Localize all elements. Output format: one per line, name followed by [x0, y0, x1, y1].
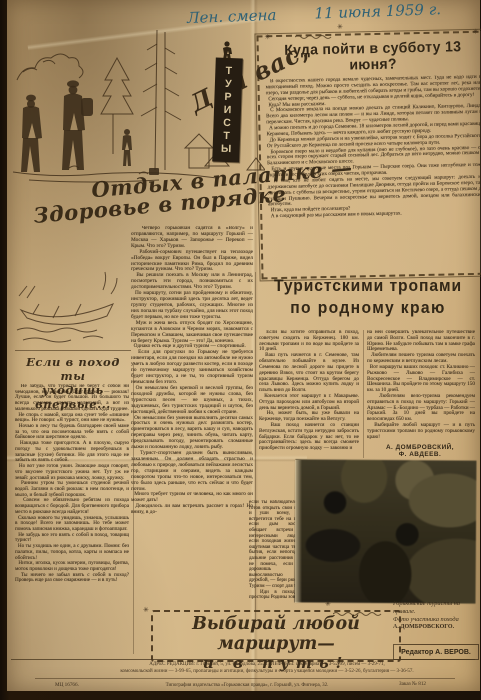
column-rule [363, 330, 364, 458]
photo-caption-line2: Фото участника похода [393, 616, 477, 624]
first-time-title-line1: Если в поход ты [15, 355, 131, 383]
star-ornament: ✳ [337, 23, 343, 31]
boat-shore-drawing-icon [13, 260, 127, 348]
trails-title-line2: по родному краю [268, 298, 469, 318]
newspaper-scan: Лен. смена 11 июня 1959 г. ✳ ✳ ✳ Куда по… [0, 0, 481, 700]
newspaper-page: Лен. смена 11 июня 1959 г. ✳ ✳ ✳ Куда по… [7, 0, 480, 691]
tourists-banner-text: ТУРИСТЫ [220, 64, 235, 155]
imprint-address-line1: АДРЕС РЕДАКЦИИ: г. Горький, 5, ул. Сверд… [99, 662, 435, 667]
tourists-banner: ТУРИСТЫ [212, 58, 243, 163]
imprint-order: Заказ № 812 [399, 681, 426, 687]
star-ornament: ✳ [143, 606, 149, 614]
trails-col1: Если вы хотите отправиться в поход, сове… [259, 330, 359, 468]
trails-signature-line1: А. ДОМБРОВСКИЙ, [365, 444, 475, 451]
slogan-banner-box: Выбирай любой маршрут— и в путь! [151, 610, 401, 662]
column-rule [255, 272, 256, 620]
trails-title-line1: Туристскими тропами [268, 276, 469, 296]
photo-caption: Горьковские туристы на привале. Фото уча… [393, 600, 477, 631]
imprint-rule-top [11, 659, 475, 660]
figure-on-banner [218, 40, 236, 65]
editor-box: Редактор А. ВЕРОВ. [393, 644, 479, 660]
editor-name: Редактор А. ВЕРОВ. [401, 649, 471, 656]
star-ornament: ✳ [472, 28, 478, 36]
imprint-address-line2: комсомольской жизни — 3-99-65, пропаганд… [85, 669, 449, 674]
tourists-photo [295, 459, 477, 603]
first-time-body: Не забудь, что туристы не берут с собой … [15, 384, 129, 656]
trails-col2: на ней совершить увлекательное путешеств… [367, 330, 475, 440]
trails-signature: А. ДОМБРОВСКИЙ, Ф. АВДЕЕВ. [365, 444, 475, 458]
boat-sketch [13, 260, 127, 353]
slogan-line1: Выбирай любой маршрут— [153, 614, 399, 654]
imprint-code: МЦ 16766. [55, 682, 79, 688]
standing-person-icon [218, 40, 236, 60]
imprint-printer: Типография издательства «Горьковская пра… [115, 683, 379, 688]
imprint-rule-mid [35, 678, 455, 679]
photo-caption-line1: Горьковские туристы на привале. [393, 600, 477, 616]
trails-signature-line2: Ф. АВДЕЕВ. [365, 451, 475, 458]
photo-tear-highlight [295, 460, 302, 603]
star-ornament: ✳ [264, 33, 270, 41]
column-rule [133, 362, 134, 654]
photo-caption-line3: А. ДОМБРОВСКОГО. [393, 624, 477, 632]
tent-article-body: Четверо горьковчан садятся в «Волгу» и о… [131, 226, 253, 620]
star-ornament: ✳ [325, 600, 331, 608]
